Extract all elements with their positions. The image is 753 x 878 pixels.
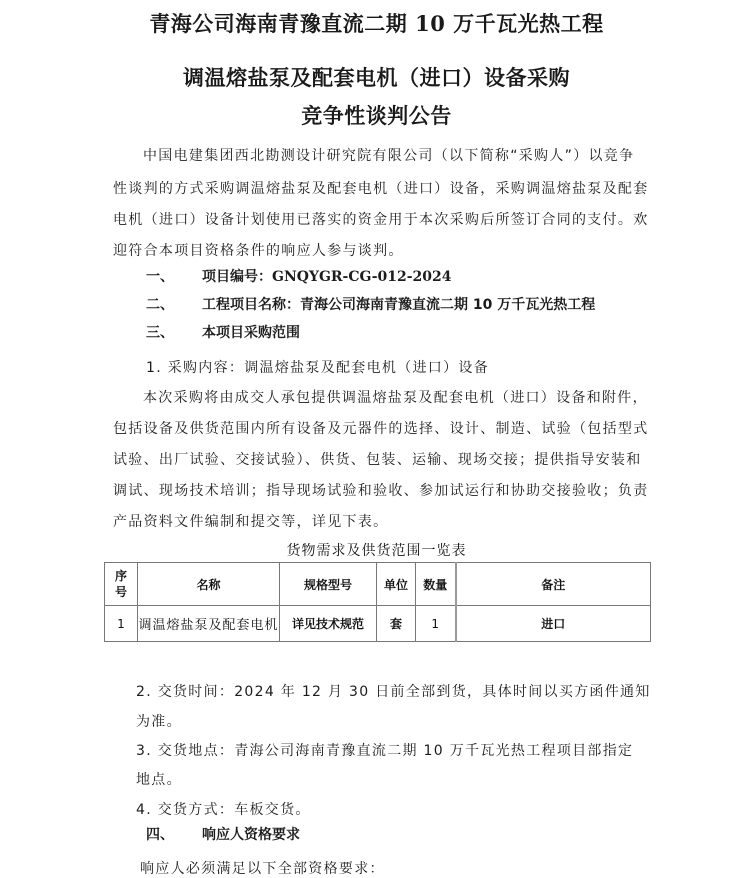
cell-unit: 套 [377, 606, 416, 642]
scope-desc-line: 试验、出厂试验、交接试验）、供货、包装、运输、现场交接；提供指导安装和 [113, 449, 642, 469]
scope-item-2-cont: 为准。 [136, 711, 182, 731]
scope-item-3: 3. 交货地点：青海公司海南青豫直流二期 10 万千瓦光热工程项目部指定 [136, 740, 633, 760]
header-quantity: 数量 [416, 563, 456, 606]
section-project-name: 二、工程项目名称：青海公司海南青豫直流二期 10 万千瓦光热工程 [146, 294, 595, 314]
cell-remarks: 进口 [456, 606, 651, 642]
section-procurement-scope: 三、本项目采购范围 [146, 322, 300, 342]
table-row: 1 调温熔盐泵及配套电机 详见技术规范 套 1 进口 [105, 606, 651, 642]
scope-item-4: 4. 交货方式：车板交货。 [136, 799, 311, 819]
header-seq: 序号 [105, 563, 138, 606]
section-label: 本项目采购范围 [202, 325, 300, 341]
scope-desc-line: 产品资料文件编制和提交等，详见下表。 [113, 511, 388, 531]
cell-seq: 1 [105, 606, 138, 642]
intro-line: 电机（进口）设备计划使用已落实的资金用于本次采购后所签订合同的支付。欢 [113, 209, 649, 229]
scope-item-2: 2. 交货时间：2024 年 12 月 30 日前全部到货，具体时间以买方函件通… [136, 681, 651, 701]
qualification-intro: 响应人必须满足以下全部资格要求： [140, 858, 385, 878]
section-number: 二、 [146, 294, 202, 314]
doc-title-line1: 青海公司海南青豫直流二期 10 万千瓦光热工程 [0, 8, 753, 38]
section-number: 三、 [146, 322, 202, 342]
cell-quantity: 1 [416, 606, 456, 642]
scope-desc-line: 本次采购将由成交人承包提供调温熔盐泵及配套电机（进口）设备和附件， [143, 387, 648, 407]
header-spec: 规格型号 [280, 563, 377, 606]
scope-item-3-cont: 地点。 [136, 769, 182, 789]
scope-desc-line: 包括设备及供货范围内所有设备及元器件的选择、设计、制造、试验（包括型式 [113, 418, 649, 438]
cell-name: 调温熔盐泵及配套电机 [138, 606, 280, 642]
header-remarks: 备注 [456, 563, 651, 606]
table-caption: 货物需求及供货范围一览表 [0, 540, 753, 560]
section-label: 工程项目名称： [202, 297, 300, 313]
table-header-row: 序号 名称 规格型号 单位 数量 备注 [105, 563, 651, 606]
intro-line: 性谈判的方式采购调温熔盐泵及配套电机（进口）设备，采购调温熔盐泵及配套 [113, 178, 649, 198]
section-number: 一、 [146, 266, 202, 286]
section-number: 四、 [146, 824, 202, 844]
goods-table: 序号 名称 规格型号 单位 数量 备注 1 调温熔盐泵及配套电机 详见技术规范 … [104, 562, 651, 642]
project-name-value: 青海公司海南青豫直流二期 10 万千瓦光热工程 [300, 297, 595, 313]
section-label: 响应人资格要求 [202, 827, 300, 843]
header-name: 名称 [138, 563, 280, 606]
scope-item-1: 1. 采购内容：调温熔盐泵及配套电机（进口）设备 [146, 357, 489, 377]
intro-line: 迎符合本项目资格条件的响应人参与谈判。 [113, 240, 404, 260]
intro-line: 中国电建集团西北勘测设计研究院有限公司（以下简称“采购人”）以竞争 [143, 145, 634, 165]
section-qualification: 四、响应人资格要求 [146, 824, 300, 844]
cell-spec: 详见技术规范 [280, 606, 377, 642]
project-number-value: GNQYGR-CG-012-2024 [272, 269, 452, 285]
scope-desc-line: 调试、现场技术培训；指导现场试验和验收、参加试运行和协助交接验收；负责 [113, 480, 649, 500]
header-unit: 单位 [377, 563, 416, 606]
doc-title-line3: 竞争性谈判公告 [0, 100, 753, 130]
section-label: 项目编号： [202, 269, 272, 285]
section-project-number: 一、项目编号：GNQYGR-CG-012-2024 [146, 266, 452, 286]
doc-title-line2: 调温熔盐泵及配套电机（进口）设备采购 [0, 62, 753, 92]
